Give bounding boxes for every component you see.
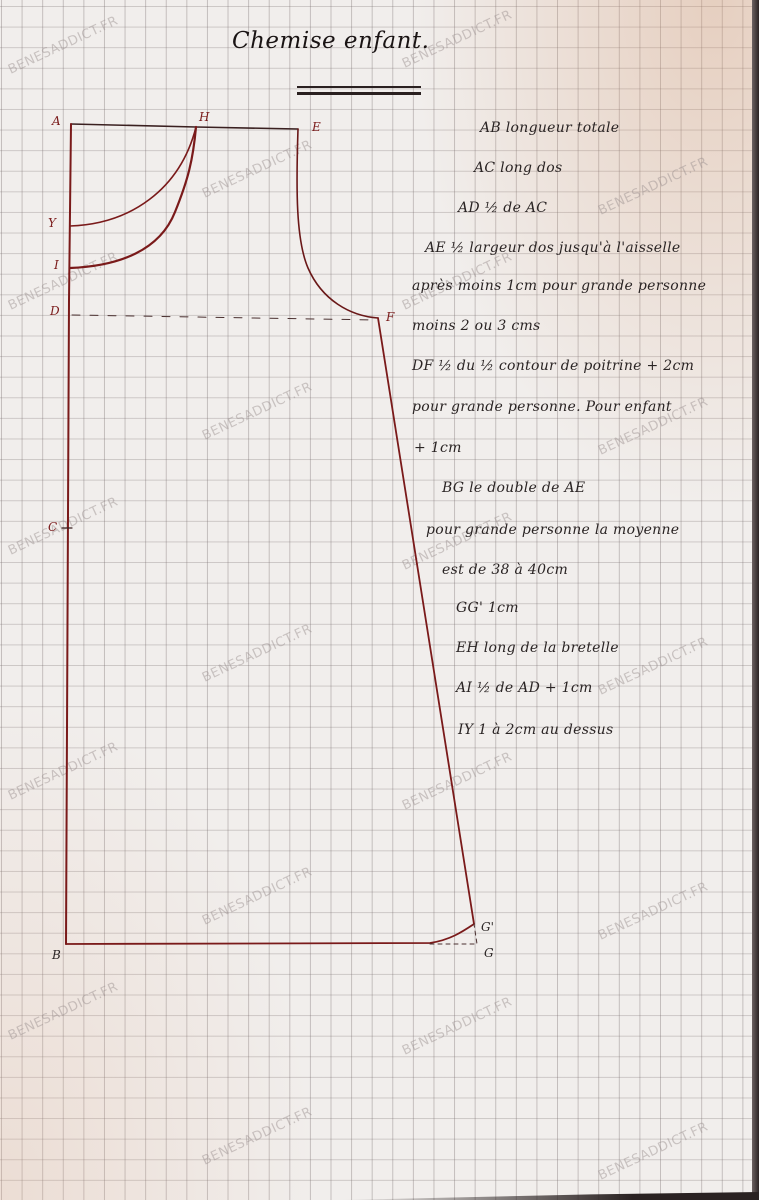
note-df-line3: + 1cm — [414, 440, 462, 456]
note-ae-line3: moins 2 ou 3 cms — [412, 318, 541, 334]
point-label-h: H — [199, 110, 209, 124]
pattern-diagram — [0, 0, 759, 1200]
note-ai: AI ½ de AD + 1cm — [456, 680, 593, 696]
point-label-d: D — [50, 304, 60, 318]
line-d-f — [72, 315, 378, 320]
point-label-f: F — [386, 310, 394, 324]
note-ae-line2: après moins 1cm pour grande personne — [412, 278, 706, 294]
point-label-b: B — [52, 948, 61, 962]
line-a-e — [71, 124, 298, 129]
neckline-i — [70, 127, 196, 268]
hem-b-g — [66, 924, 474, 944]
point-label-y: Y — [48, 216, 56, 230]
point-label-c: C — [48, 520, 57, 534]
note-ad: AD ½ de AC — [458, 200, 547, 216]
point-label-i: I — [54, 258, 59, 272]
note-bg-line2: pour grande personne la moyenne — [426, 522, 679, 538]
neckline-y — [70, 127, 196, 226]
note-df: DF ½ du ½ contour de poitrine + 2cm — [412, 358, 694, 374]
armhole-e-f — [297, 129, 378, 318]
note-gg: GG' 1cm — [456, 600, 519, 616]
line-a-b — [66, 124, 71, 944]
note-eh: EH long de la bretelle — [456, 640, 619, 656]
point-label-g-prime: G' — [481, 920, 494, 934]
note-df-line2: pour grande personne. Pour enfant — [412, 399, 672, 415]
note-ab: AB longueur totale — [480, 120, 619, 136]
point-label-a: A — [52, 114, 61, 128]
point-label-e: E — [312, 120, 321, 134]
note-iy: IY 1 à 2cm au dessus — [458, 722, 613, 738]
note-ac: AC long dos — [474, 160, 562, 176]
point-label-g: G — [484, 946, 494, 960]
note-ae: AE ½ largeur dos jusqu'à l'aisselle — [425, 240, 680, 256]
note-bg-line3: est de 38 à 40cm — [442, 562, 568, 578]
note-bg: BG le double de AE — [442, 480, 585, 496]
